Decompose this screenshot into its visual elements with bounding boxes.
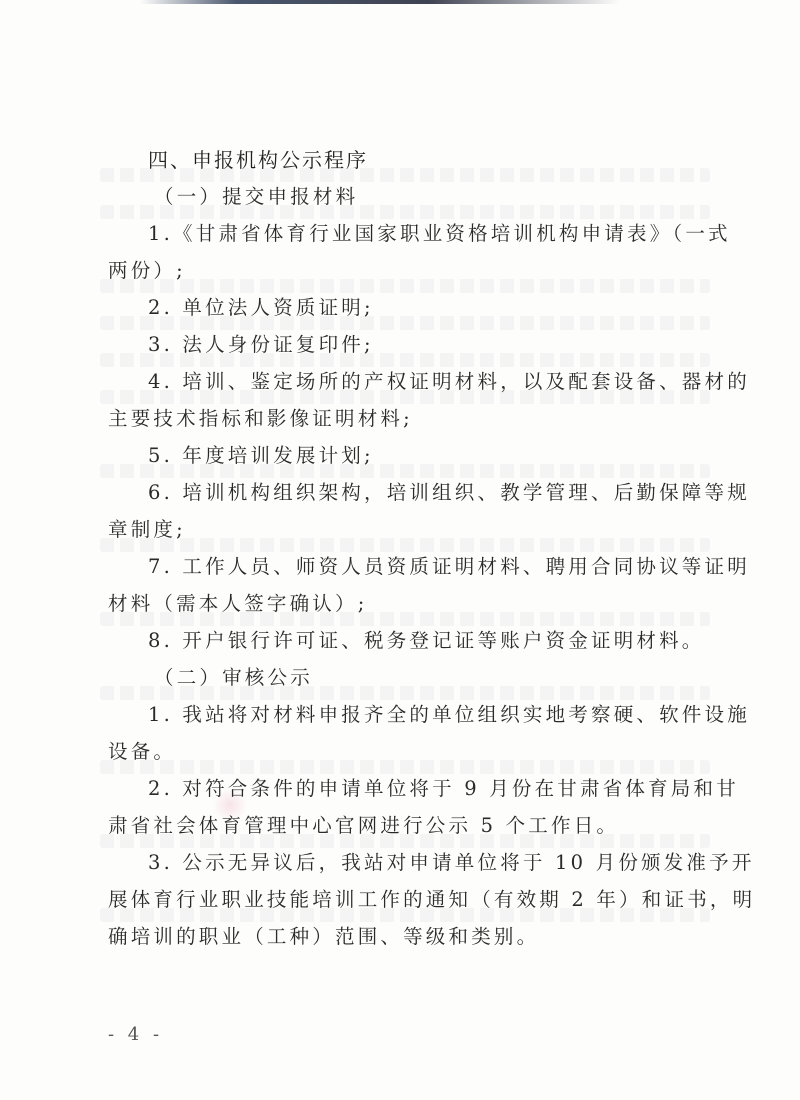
item-4-line-2: 主要技术指标和影像证明材料; [108, 407, 413, 431]
subsection-title-submit: （一）提交申报材料 [154, 185, 358, 209]
item-4-line-1: 4. 培训、鉴定场所的产权证明材料，以及配套设备、器材的 [148, 370, 750, 394]
item-7-line-2: 材料（需本人签字确认）; [108, 592, 367, 616]
review-item-2-line-2: 肃省社会体育管理中心官网进行公示 5 个工作日。 [108, 814, 619, 838]
item-6-line-1: 6. 培训机构组织架构，培训组织、教学管理、后勤保障等规 [148, 481, 750, 505]
item-5: 5. 年度培训发展计划; [148, 444, 374, 468]
item-3: 3. 法人身份证复印件; [148, 333, 374, 357]
review-item-3-line-1: 3. 公示无异议后，我站对申请单位将于 10 月份颁发准予开 [148, 851, 755, 875]
item-8: 8. 开户银行许可证、税务登记证等账户资金证明材料。 [148, 629, 705, 653]
review-item-2-line-1: 2. 对符合条件的申请单位将于 9 月份在甘肃省体育局和甘 [148, 777, 739, 801]
section-heading: 四、申报机构公示程序 [148, 148, 368, 172]
review-item-3-line-3: 确培训的职业（工种）范围、等级和类别。 [108, 925, 539, 949]
page-number: - 4 - [108, 1024, 163, 1045]
item-7-line-1: 7. 工作人员、师资人员资质证明材料、聘用合同协议等证明 [148, 555, 750, 579]
review-item-1-line-1: 1. 我站将对材料申报齐全的单位组织实地考察硬、软件设施 [148, 703, 750, 727]
bleed-through [100, 760, 710, 774]
bleed-through [100, 279, 710, 293]
subsection-title-review: （二）审核公示 [154, 666, 313, 690]
review-item-1-line-2: 设备。 [108, 740, 176, 764]
item-2: 2. 单位法人资质证明; [148, 296, 374, 320]
scan-edge-artifact [140, 0, 620, 4]
bleed-through [100, 538, 710, 552]
item-1-line-2: 两份）; [108, 259, 186, 283]
item-6-line-2: 章制度; [108, 518, 186, 542]
item-1-line-1: 1.《甘肃省体育行业国家职业资格培训机构申请表》（一式 [148, 222, 731, 246]
review-item-3-line-2: 展体育行业职业技能培训工作的通知（有效期 2 年）和证书，明 [108, 888, 755, 912]
